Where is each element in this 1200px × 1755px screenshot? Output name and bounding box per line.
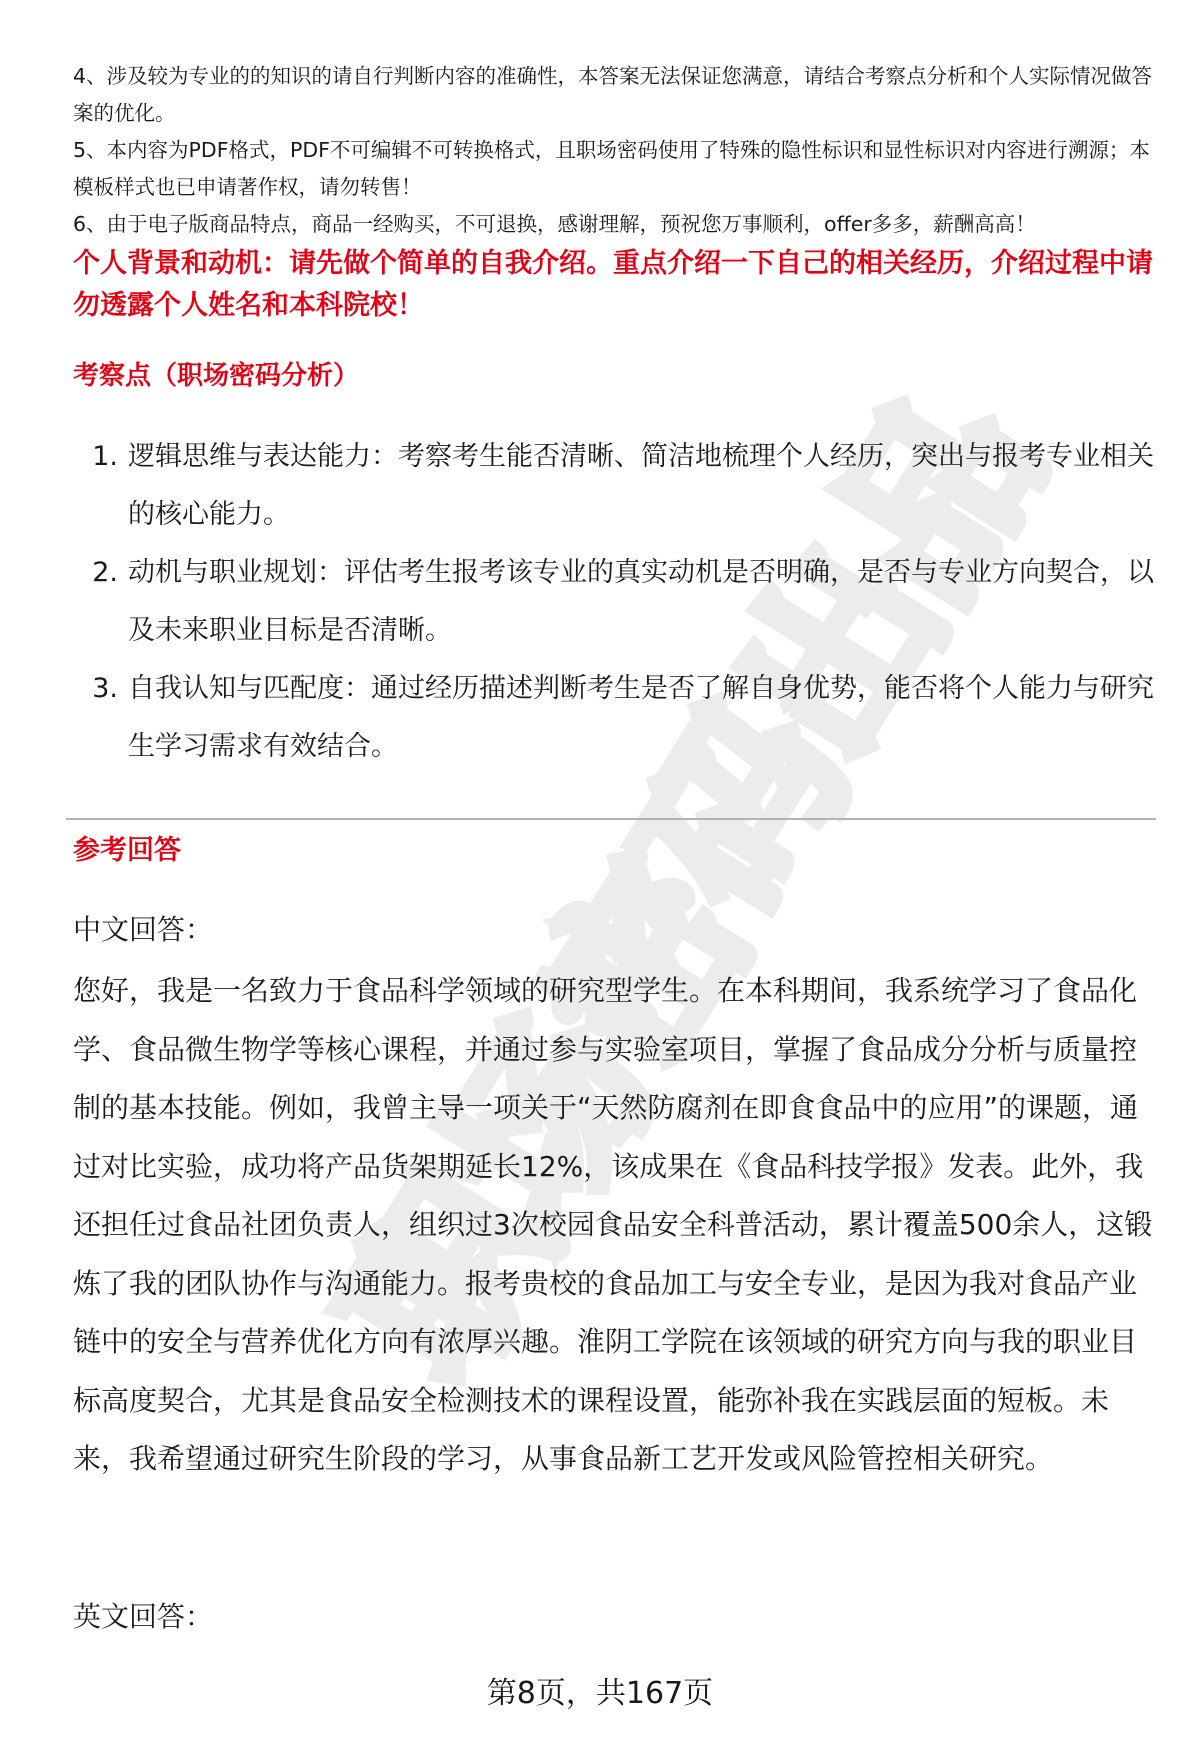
chinese-answer-text: 您好，我是一名致力于食品科学领域的研究型学生。在本科期间，我系统学习了食品化学、… xyxy=(73,962,1153,1489)
assessment-point: 1. 逻辑思维与表达能力：考察考生能否清晰、简洁地梳理个人经历，突出与报考专业相… xyxy=(73,428,1163,544)
interview-question: 个人背景和动机：请先做个简单的自我介绍。重点介绍一下自己的相关经历，介绍过程中请… xyxy=(73,243,1163,327)
purchase-notes: 4、涉及较为专业的的知识的请自行判断内容的准确性，本答案无法保证您满意，请结合考… xyxy=(73,58,1163,243)
reference-answer-title: 参考回答 xyxy=(73,830,1163,872)
point-text: 自我认知与匹配度：通过经历描述判断考生是否了解自身优势，能否将个人能力与研究生学… xyxy=(128,660,1163,776)
point-text: 动机与职业规划：评估考生报考该专业的真实动机是否明确，是否与专业方向契合，以及未… xyxy=(128,544,1163,660)
document-page: 4、涉及较为专业的的知识的请自行判断内容的准确性，本答案无法保证您满意，请结合考… xyxy=(0,0,1200,1755)
note-item: 5、本内容为PDF格式，PDF不可编辑不可转换格式，且职场密码使用了特殊的隐性标… xyxy=(73,132,1163,206)
point-number: 3. xyxy=(73,660,128,776)
section-divider xyxy=(66,818,1156,820)
chinese-answer-label: 中文回答： xyxy=(73,910,213,950)
point-number: 2. xyxy=(73,544,128,660)
assessment-title: 考察点（职场密码分析） xyxy=(73,356,1163,396)
english-answer-label: 英文回答： xyxy=(73,1597,213,1637)
point-text: 逻辑思维与表达能力：考察考生能否清晰、简洁地梳理个人经历，突出与报考专业相关的核… xyxy=(128,428,1163,544)
assessment-point: 3. 自我认知与匹配度：通过经历描述判断考生是否了解自身优势，能否将个人能力与研… xyxy=(73,660,1163,776)
note-item: 4、涉及较为专业的的知识的请自行判断内容的准确性，本答案无法保证您满意，请结合考… xyxy=(73,58,1163,132)
assessment-points: 1. 逻辑思维与表达能力：考察考生能否清晰、简洁地梳理个人经历，突出与报考专业相… xyxy=(73,428,1163,776)
page-indicator: 第8页，共167页 xyxy=(0,1672,1200,1716)
assessment-point: 2. 动机与职业规划：评估考生报考该专业的真实动机是否明确，是否与专业方向契合，… xyxy=(73,544,1163,660)
note-item: 6、由于电子版商品特点，商品一经购买，不可退换，感谢理解，预祝您万事顺利，off… xyxy=(73,206,1163,243)
point-number: 1. xyxy=(73,428,128,544)
